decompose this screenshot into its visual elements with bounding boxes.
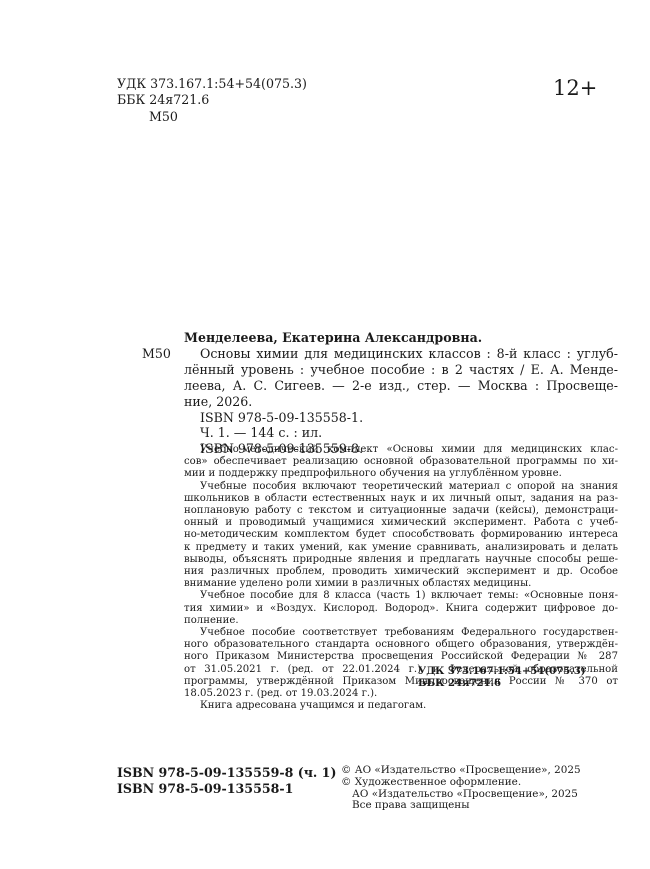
udk-code: УДК 373.167.1:54+54(075.3) [418,666,586,678]
annotation-line: сов» обеспечивает реализацию основной об… [184,456,618,468]
annotation-line: ного образовательного стандарта основног… [184,639,618,651]
author-mark: М50 [117,109,307,125]
annotation-line: ноплановую работу с текстом и ситуационн… [184,505,618,517]
annotation-line: Учебные пособия включают теоретический м… [184,481,618,493]
title-line: Основы химии для медицинских классов : 8… [184,346,618,362]
annotation-line: онный и проводимый учащимися химический … [184,517,618,529]
rights-reserved: Все права защищены [341,800,581,812]
annotation-line: но-методическим комплектом будет способс… [184,529,618,541]
udk-code: УДК 373.167.1:54+54(075.3) [117,76,307,92]
age-rating: 12+ [553,76,597,100]
annotation-line: к предмету и таких умений, как умение ср… [184,542,618,554]
annotation-line: полнение. [184,615,618,627]
annotation-line: школьников в области естественных наук и… [184,493,618,505]
classification-codes: УДК 373.167.1:54+54(075.3) ББК 24я721.6 … [117,76,307,125]
annotation-line: ного Приказом Министерства просвещения Р… [184,651,618,663]
annotation-line: ния различных проблем, проводить химичес… [184,566,618,578]
annotation-line: Учебное пособие соответствует требования… [184,627,618,639]
title-line: лённый уровень : учебное пособие : в 2 ч… [184,362,618,378]
annotation-line: тия химии» и «Воздух. Кислород. Водород»… [184,603,618,615]
title-line: леева, А. С. Сигеев. — 2-е изд., стер. —… [184,378,618,394]
isbn-part: ISBN 978-5-09-135559-8 (ч. 1) [117,765,336,781]
copyright-line: © Художественное оформление. [341,777,581,789]
annotation-line: Учебно-методический комплект «Основы хим… [184,444,618,456]
annotation-line: мии и поддержку предпрофильного обучения… [184,468,618,480]
bbk-code: ББК 24я721.6 [418,678,586,690]
annotation-line: внимание уделено роли химии в различных … [184,578,618,590]
bbk-code: ББК 24я721.6 [117,92,307,108]
isbn-block: ISBN 978-5-09-135559-8 (ч. 1) ISBN 978-5… [117,765,336,796]
footer-classification-codes: УДК 373.167.1:54+54(075.3) ББК 24я721.6 [418,666,586,690]
part-info: Ч. 1. — 144 с. : ил. [184,425,618,441]
bibliographic-record: Менделеева, Екатерина Александровна. Осн… [184,330,618,457]
author-name: Менделеева, Екатерина Александровна. [184,330,618,346]
author-mark-side: М50 [142,346,171,362]
annotation-line: Учебное пособие для 8 класса (часть 1) в… [184,590,618,602]
annotation-line: Книга адресована учащимся и педагогам. [184,700,618,712]
isbn-full: ISBN 978-5-09-135558-1 [117,781,336,797]
title-line: ние, 2026. [184,394,618,410]
isbn-full: ISBN 978-5-09-135558-1. [184,410,618,426]
annotation-line: выводы, объяснять природные явления и пр… [184,554,618,566]
copyright-block: © АО «Издательство «Просвещение», 2025 ©… [341,765,581,812]
